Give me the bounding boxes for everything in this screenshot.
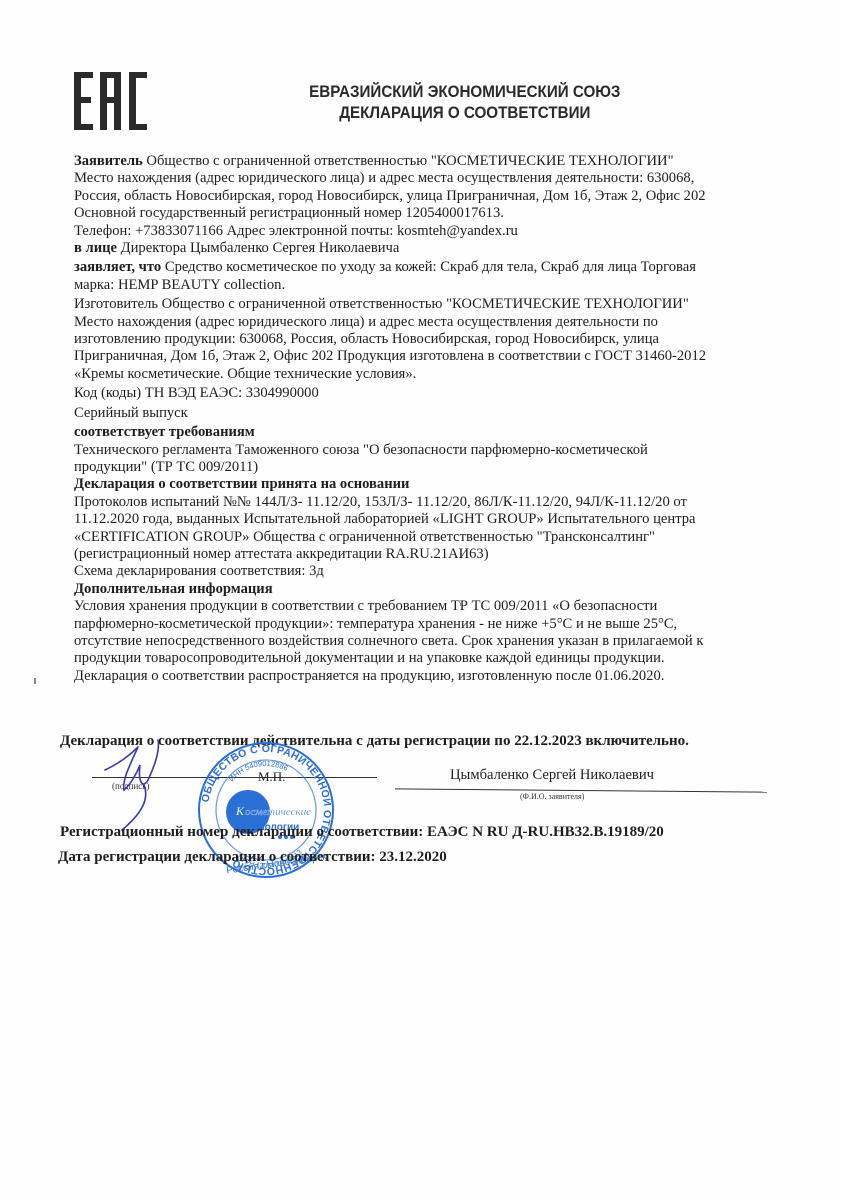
basis-heading: Декларация о соответствии принята на осн… <box>74 476 794 493</box>
applicant-address-1: Место нахождения (адрес юридического лиц… <box>74 170 794 187</box>
handwritten-signature-icon <box>100 735 170 835</box>
svg-text:осметические: осметические <box>245 806 311 818</box>
applicant-address-2: Россия, область Новосибирская, город Нов… <box>74 188 794 205</box>
additional-line-4: продукции товаросопроводительной докумен… <box>74 650 794 667</box>
signer-caption: (Ф.И.О. заявителя) <box>520 792 584 801</box>
svg-text:К: К <box>235 804 245 818</box>
release-type: Серийный выпуск <box>74 405 794 422</box>
manufacturer-standard: «Кремы косметические. Общие технические … <box>74 366 794 383</box>
eac-mark-icon <box>74 70 149 130</box>
requirements-heading: соответствует требованиям <box>74 424 794 441</box>
registration-date: Дата регистрации декларации о соответств… <box>58 849 447 866</box>
additional-line-2: парфюмерно-косметической продукции»: тем… <box>74 616 794 633</box>
manufacturer-address-1: Место нахождения (адрес юридического лиц… <box>74 314 794 331</box>
declaration-scheme: Схема декларирования соответствия: 3д <box>74 563 794 580</box>
additional-line-3: отсутствие непосредственного воздействия… <box>74 633 794 650</box>
applicant-ogrn: Основной государственный регистрационный… <box>74 205 794 222</box>
registration-number: Регистрационный номер декларации о соотв… <box>60 824 664 841</box>
basis-line-3: «CERTIFICATION GROUP» Общества с огранич… <box>74 529 794 546</box>
representative-line: в лице Директора Цымбаленко Сергея Никол… <box>74 240 794 257</box>
declaration-body: Заявитель Общество с ограниченной ответс… <box>74 153 794 685</box>
basis-line-1: Протоколов испытаний №№ 144Л/З- 11.12/20… <box>74 494 794 511</box>
product-description: Средство косметическое по уходу за кожей… <box>165 259 696 275</box>
scan-artifact <box>34 678 36 684</box>
declares-label: заявляет, что <box>74 259 161 275</box>
manufacturer-address-2: изготовлению продукции: 630068, Россия, … <box>74 331 794 348</box>
applicant-name: Общество с ограниченной ответственностью… <box>146 153 673 169</box>
requirements-line-1: Технического регламента Таможенного союз… <box>74 442 794 459</box>
basis-line-4: (регистрационный номер аттестата аккреди… <box>74 546 794 563</box>
signer-name: Цымбаленко Сергей Николаевич <box>450 767 654 784</box>
union-title: ЕВРАЗИЙСКИЙ ЭКОНОМИЧЕСКИЙ СОЮЗ <box>290 82 640 103</box>
requirements-line-2: продукции" (ТР ТС 009/2011) <box>74 459 794 476</box>
document-header: ЕВРАЗИЙСКИЙ ЭКОНОМИЧЕСКИЙ СОЮЗ ДЕКЛАРАЦИ… <box>290 82 640 124</box>
basis-line-2: 11.12.2020 года, выданных Испытательной … <box>74 511 794 528</box>
additional-heading: Дополнительная информация <box>74 581 794 598</box>
declares-line: заявляет, что Средство косметическое по … <box>74 259 794 276</box>
additional-line-1: Условия хранения продукции в соответстви… <box>74 598 794 615</box>
applicant-label: Заявитель <box>74 153 143 169</box>
manufacturer-name: Изготовитель Общество с ограниченной отв… <box>74 296 794 313</box>
manufacturer-address-3: Приграничная, Дом 1б, Этаж 2, Офис 202 П… <box>74 348 794 365</box>
additional-line-5: Декларация о соответствии распространяет… <box>74 668 794 685</box>
declaration-page: ЕВРАЗИЙСКИЙ ЭКОНОМИЧЕСКИЙ СОЮЗ ДЕКЛАРАЦИ… <box>0 0 841 1200</box>
applicant-line: Заявитель Общество с ограниченной ответс… <box>74 153 794 170</box>
tn-ved-code: Код (коды) ТН ВЭД ЕАЭС: 3304990000 <box>74 385 794 402</box>
trademark: марка: HEMP BEAUTY collection. <box>74 277 794 294</box>
applicant-contacts: Телефон: +73833071166 Адрес электронной … <box>74 223 794 240</box>
rep-label: в лице <box>74 240 117 256</box>
scan-artifact <box>460 603 462 606</box>
rep-name: Директора Цымбаленко Сергея Николаевича <box>121 240 400 256</box>
document-title: ДЕКЛАРАЦИЯ О СООТВЕТСТВИИ <box>290 103 640 124</box>
